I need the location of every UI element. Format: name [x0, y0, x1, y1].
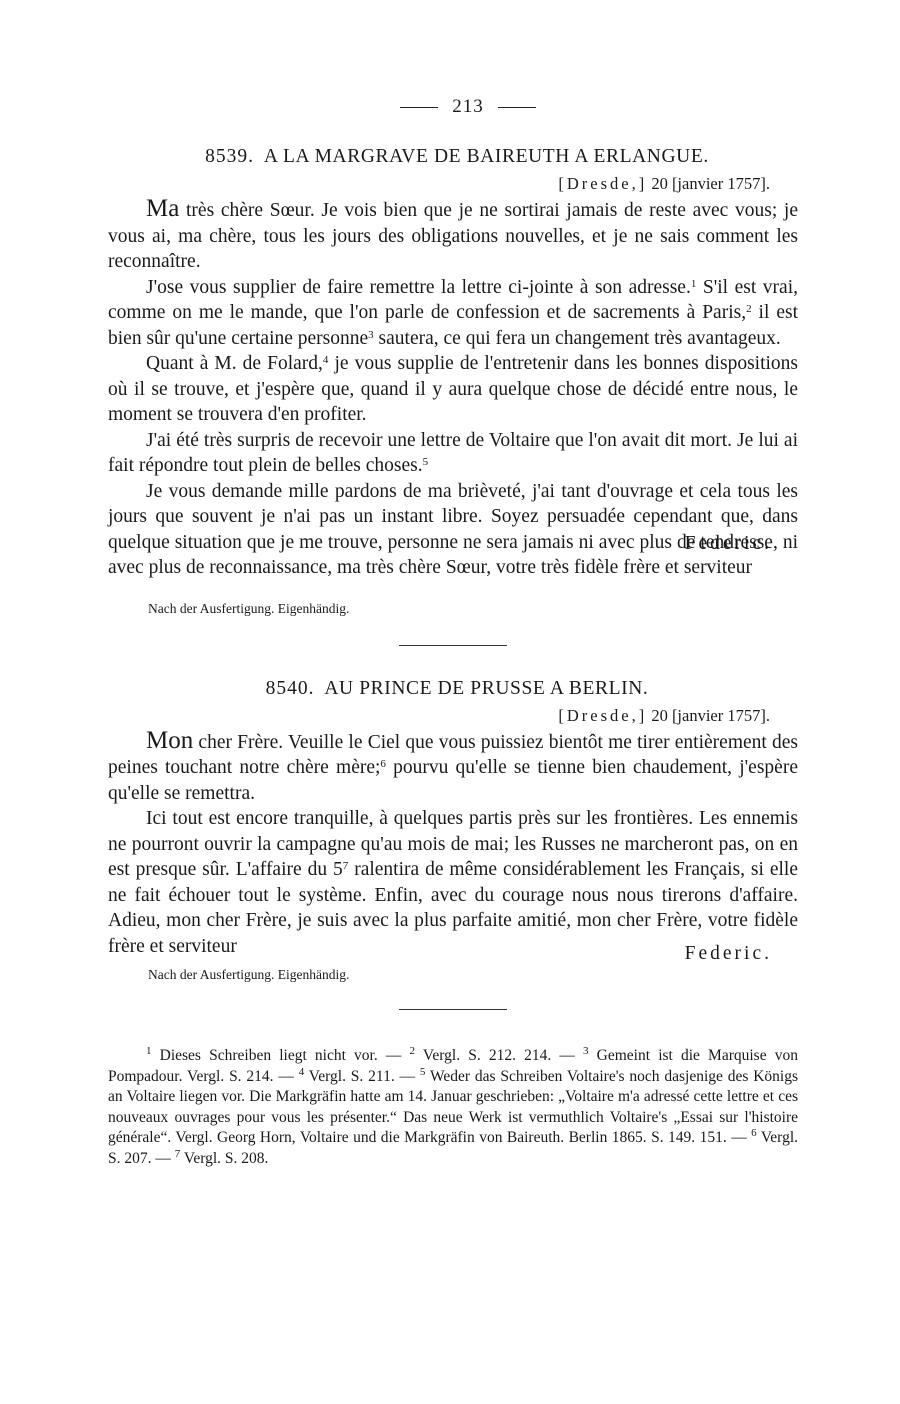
date-place: [Dresde,] [558, 174, 647, 193]
source-note: Nach der Ausfertigung. Eigenhändig. [148, 601, 798, 617]
letter-number: 8540. [266, 678, 315, 699]
footnotes: 1 Dieses Schreiben liegt nicht vor. — 2 … [108, 1046, 798, 1169]
salutation-initial: Mon [146, 727, 193, 754]
letter-heading: 8539. A LA MARGRAVE DE BAIREUTH A ERLANG… [116, 146, 798, 168]
letter-8539: 8539. A LA MARGRAVE DE BAIREUTH A ERLANG… [108, 146, 798, 617]
left-dash-ornament [400, 107, 438, 108]
footnote-ref[interactable]: 5 [423, 456, 429, 468]
letter-number: 8539. [205, 146, 254, 167]
footnote-divider [399, 1009, 507, 1010]
letter-date: [Dresde,] 20 [janvier 1757]. [108, 706, 798, 726]
letter-closing: Ici tout est encore tranquille, à quelqu… [108, 806, 798, 959]
letter-paragraph: J'ose vous supplier de faire remettre la… [108, 275, 798, 352]
section-divider [399, 645, 507, 646]
signature: Federic. [685, 943, 772, 965]
date-place: [Dresde,] [558, 706, 647, 725]
page-number-header: 213 [138, 96, 798, 126]
date-rest: 20 [janvier 1757]. [651, 174, 770, 193]
footnote-block: 1 Dieses Schreiben liegt nicht vor. — 2 … [108, 1046, 798, 1169]
letter-date: [Dresde,] 20 [janvier 1757]. [108, 174, 798, 194]
letter-paragraph: Mon cher Frère. Veuille le Ciel que vous… [108, 728, 798, 807]
salutation-initial: Ma [146, 195, 179, 222]
letter-paragraph: Quant à M. de Folard,4 je vous supplie d… [108, 351, 798, 428]
right-dash-ornament [498, 107, 536, 108]
letter-recipient: AU PRINCE DE PRUSSE A BERLIN. [324, 678, 648, 699]
source-note: Nach der Ausfertigung. Eigenhändig. [148, 967, 798, 983]
letter-recipient: A LA MARGRAVE DE BAIREUTH A ERLANGUE. [264, 146, 709, 167]
letter-paragraph: Je vous demande mille pardons de ma briè… [108, 479, 798, 581]
book-page: 213 8539. A LA MARGRAVE DE BAIREUTH A ER… [108, 96, 798, 1169]
letter-heading: 8540. AU PRINCE DE PRUSSE A BERLIN. [116, 678, 798, 700]
letter-closing: Je vous demande mille pardons de ma briè… [108, 479, 798, 581]
page-number: 213 [452, 96, 484, 117]
letter-paragraph: Ma très chère Sœur. Je vois bien que je … [108, 196, 798, 275]
letter-8540: 8540. AU PRINCE DE PRUSSE A BERLIN. [Dre… [108, 678, 798, 984]
letter-paragraph: J'ai été très surpris de recevoir une le… [108, 428, 798, 479]
letter-paragraph: Ici tout est encore tranquille, à quelqu… [108, 806, 798, 959]
date-rest: 20 [janvier 1757]. [651, 706, 770, 725]
signature: Federic. [685, 533, 772, 555]
